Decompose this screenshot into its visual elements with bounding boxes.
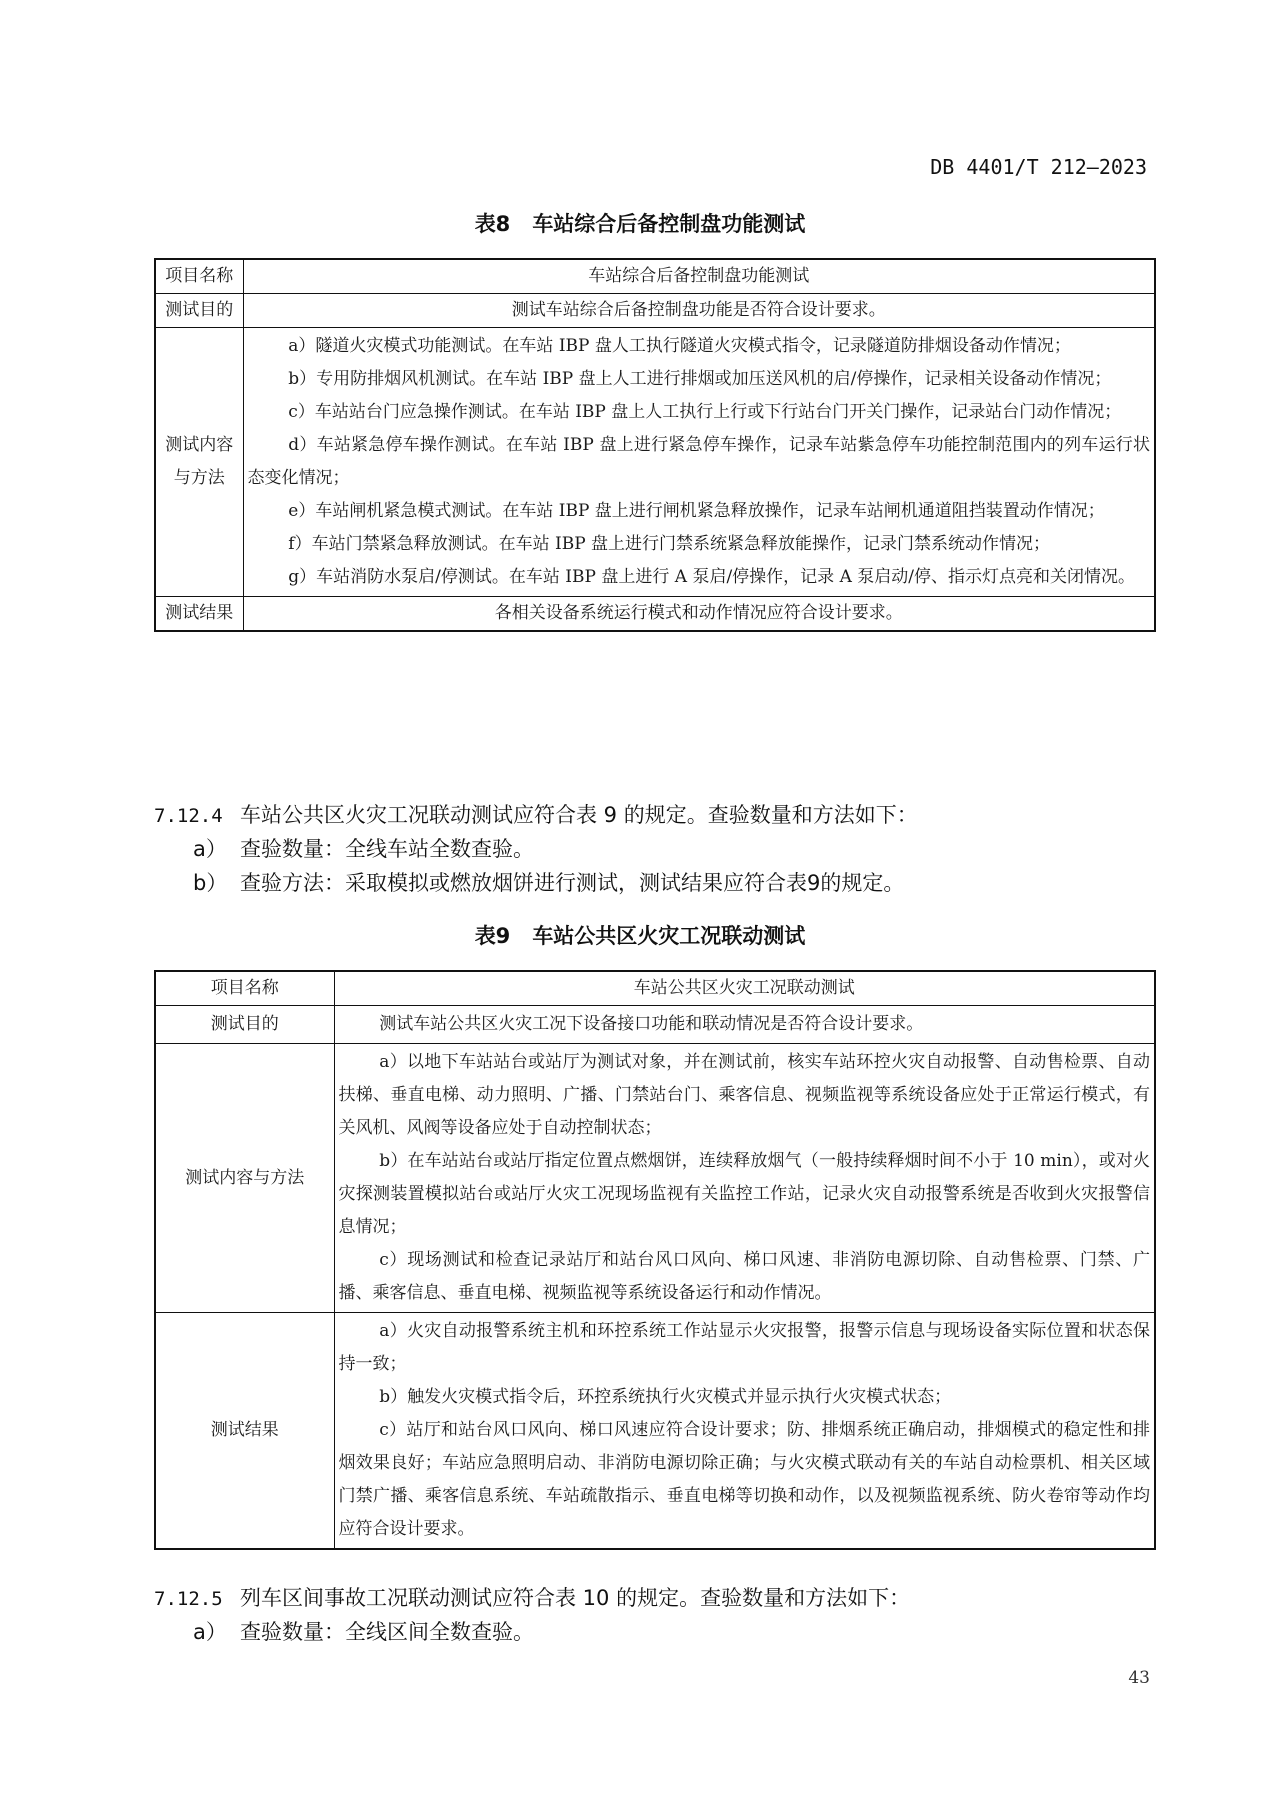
clause-number: 7.12.4 <box>154 801 240 831</box>
name-label: 项目名称 <box>155 259 243 294</box>
method-item: d）车站紧急停车操作测试。在车站 IBP 盘上进行紧急停车操作，记录车站紫急停车… <box>248 429 1151 495</box>
table8-caption: 表8车站综合后备控制盘功能测试 <box>0 208 1280 238</box>
purpose-value: 测试车站综合后备控制盘功能是否符合设计要求。 <box>243 294 1155 328</box>
clause-text: 车站公共区火灾工况联动测试应符合表 9 的规定。查验数量和方法如下： <box>240 803 918 827</box>
purpose-value: 测试车站公共区火灾工况下设备接口功能和联动情况是否符合设计要求。 <box>334 1006 1155 1044</box>
table-row: 测试内容与方法 a）以地下车站站台或站厅为测试对象，并在测试前，核实车站环控火灾… <box>155 1044 1155 1313</box>
method-item: a）隧道火灾模式功能测试。在车站 IBP 盘人工执行隧道火灾模式指令，记录隧道防… <box>248 330 1151 363</box>
method-item: f）车站门禁紧急释放测试。在车站 IBP 盘上进行门禁系统紧急释放能操作，记录门… <box>248 528 1151 561</box>
method-item: b）专用防排烟风机测试。在车站 IBP 盘上人工进行排烟或加压送风机的启/停操作… <box>248 363 1151 396</box>
method-content: a）隧道火灾模式功能测试。在车站 IBP 盘人工执行隧道火灾模式指令，记录隧道防… <box>243 328 1155 597</box>
clause-7-12-4: 7.12.4车站公共区火灾工况联动测试应符合表 9 的规定。查验数量和方法如下： <box>154 800 918 831</box>
table-row: 项目名称 车站综合后备控制盘功能测试 <box>155 259 1155 294</box>
clause-item: b）查验方法：采取模拟或燃放烟饼进行测试，测试结果应符合表9的规定。 <box>193 868 904 898</box>
result-label: 测试结果 <box>155 597 243 632</box>
table-row: 项目名称 车站公共区火灾工况联动测试 <box>155 971 1155 1006</box>
method-label: 测试内容与方法 <box>155 328 243 597</box>
standard-code: DB 4401/T 212—2023 <box>930 155 1147 179</box>
result-value: 各相关设备系统运行模式和动作情况应符合设计要求。 <box>243 597 1155 632</box>
result-label: 测试结果 <box>155 1313 334 1550</box>
item-letter: a） <box>193 1617 240 1647</box>
purpose-text: 测试车站公共区火灾工况下设备接口功能和联动情况是否符合设计要求。 <box>339 1008 1151 1041</box>
table-row: 测试目的 测试车站综合后备控制盘功能是否符合设计要求。 <box>155 294 1155 328</box>
method-item: c）车站站台门应急操作测试。在车站 IBP 盘上人工执行上行或下行站台门开关门操… <box>248 396 1151 429</box>
table-row: 测试结果 各相关设备系统运行模式和动作情况应符合设计要求。 <box>155 597 1155 632</box>
clause-item: a）查验数量：全线车站全数查验。 <box>193 834 534 864</box>
table9: 项目名称 车站公共区火灾工况联动测试 测试目的 测试车站公共区火灾工况下设备接口… <box>154 970 1156 1550</box>
purpose-label: 测试目的 <box>155 294 243 328</box>
method-item: a）以地下车站站台或站厅为测试对象，并在测试前，核实车站环控火灾自动报警、自动售… <box>339 1046 1151 1145</box>
name-label: 项目名称 <box>155 971 334 1006</box>
result-content: a）火灾自动报警系统主机和环控系统工作站显示火灾报警，报警示信息与现场设备实际位… <box>334 1313 1155 1550</box>
table8: 项目名称 车站综合后备控制盘功能测试 测试目的 测试车站综合后备控制盘功能是否符… <box>154 258 1156 632</box>
purpose-label: 测试目的 <box>155 1006 334 1044</box>
table-row: 测试结果 a）火灾自动报警系统主机和环控系统工作站显示火灾报警，报警示信息与现场… <box>155 1313 1155 1550</box>
result-item: a）火灾自动报警系统主机和环控系统工作站显示火灾报警，报警示信息与现场设备实际位… <box>339 1315 1151 1381</box>
method-item: g）车站消防水泵启/停测试。在车站 IBP 盘上进行 A 泵启/停操作，记录 A… <box>248 561 1151 594</box>
method-item: b）在车站站台或站厅指定位置点燃烟饼，连续释放烟气（一般持续释烟时间不小于 10… <box>339 1145 1151 1244</box>
item-letter: a） <box>193 834 240 864</box>
method-content: a）以地下车站站台或站厅为测试对象，并在测试前，核实车站环控火灾自动报警、自动售… <box>334 1044 1155 1313</box>
name-value: 车站公共区火灾工况联动测试 <box>334 971 1155 1006</box>
item-text: 查验数量：全线区间全数查验。 <box>240 1620 534 1644</box>
clause-item: a）查验数量：全线区间全数查验。 <box>193 1617 534 1647</box>
item-text: 查验数量：全线车站全数查验。 <box>240 837 534 861</box>
method-item: e）车站闸机紧急模式测试。在车站 IBP 盘上进行闸机紧急释放操作，记录车站闸机… <box>248 495 1151 528</box>
item-letter: b） <box>193 868 240 898</box>
table9-caption: 表9车站公共区火灾工况联动测试 <box>0 920 1280 950</box>
method-item: c）现场测试和检查记录站厅和站台风口风向、梯口风速、非消防电源切除、自动售检票、… <box>339 1244 1151 1310</box>
table8-title: 车站综合后备控制盘功能测试 <box>532 212 805 236</box>
clause-text: 列车区间事故工况联动测试应符合表 10 的规定。查验数量和方法如下： <box>240 1586 910 1610</box>
clause-number: 7.12.5 <box>154 1584 240 1614</box>
table9-title: 车站公共区火灾工况联动测试 <box>532 924 805 948</box>
result-item: c）站厅和站台风口风向、梯口风速应符合设计要求；防、排烟系统正确启动，排烟模式的… <box>339 1414 1151 1546</box>
result-item: b）触发火灾模式指令后，环控系统执行火灾模式并显示执行火灾模式状态； <box>339 1381 1151 1414</box>
item-text: 查验方法：采取模拟或燃放烟饼进行测试，测试结果应符合表9的规定。 <box>240 871 904 895</box>
table-row: 测试内容与方法 a）隧道火灾模式功能测试。在车站 IBP 盘人工执行隧道火灾模式… <box>155 328 1155 597</box>
page-number: 43 <box>1128 1668 1150 1688</box>
method-label: 测试内容与方法 <box>155 1044 334 1313</box>
clause-7-12-5: 7.12.5列车区间事故工况联动测试应符合表 10 的规定。查验数量和方法如下： <box>154 1583 910 1614</box>
table8-number: 表8 <box>475 212 511 236</box>
name-value: 车站综合后备控制盘功能测试 <box>243 259 1155 294</box>
table-row: 测试目的 测试车站公共区火灾工况下设备接口功能和联动情况是否符合设计要求。 <box>155 1006 1155 1044</box>
table9-number: 表9 <box>475 924 511 948</box>
